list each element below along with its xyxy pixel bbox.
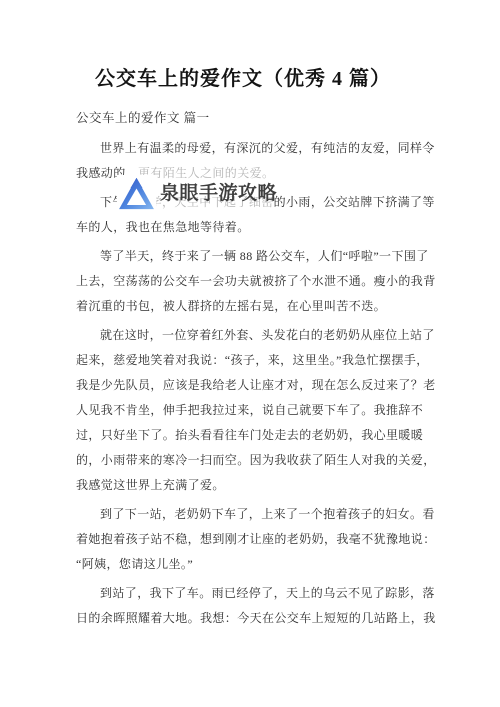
essay-text-segment: 的小雨，公交站牌下挤满了等 [274,195,435,209]
essay-text-segment: 世界上有温柔的母爱，有深沉的父爱，有纯洁的友爱，同样令 [100,141,435,155]
essay-text-segment: 着沉重的书包，被人群挤的左摇右晃，在心里叫苦不迭。 [76,299,386,313]
essay-line: 的，小雨带来的寒冷一扫而空。因为我收获了陌生人对我的关爱， [76,448,425,473]
essay-line: 到站了，我下了车。雨已经停了，天上的乌云不见了踪影，落 [76,581,425,606]
watermark-triangle-logo-icon [117,175,156,212]
essay-text-segment: 等了半天，终于来了一辆 88 路公交车，人们“呼啦”一下围了 [100,249,429,263]
essay-line: 车的人，我也在焦急地等待着。 [76,215,425,240]
essay-text-segment: 的，小雨带来的寒冷一扫而空。因为我收获了陌生人对我的关爱， [76,453,436,467]
essay-text-segment: 车的人，我也在焦急地等待着。 [76,220,250,234]
essay-line: 过，只好坐下了。抬头看看往车门处走去的老奶奶，我心里暖暖 [76,423,425,448]
essay-line: 日的余晖照耀着大地。我想：今天在公交车上短短的几站路上，我 [76,606,425,631]
essay-text-segment: 人见我不肯坐，伸手把我拉过来，说自己就要下车了。我推辞不 [76,403,423,417]
essay-section-heading: 公交车上的爱作文 篇一 [76,109,210,127]
essay-line: 我感觉这世界上充满了爱。 [76,473,425,498]
essay-text-segment: 过，只好坐下了。抬头看看往车门处走去的老奶奶，我心里暖暖 [76,428,423,442]
essay-line: 上去，空荡荡的公交车一会功夫就被挤了个水泄不通。瘦小的我背 [76,269,425,294]
essay-line: 起来，慈爱地笑着对我说：“孩子，来，这里坐。”我急忙摆摆手， [76,348,425,373]
document-page: 公交车上的爱作文（优秀 4 篇） 公交车上的爱作文 篇一 世界上有温柔的母爱，有… [0,0,500,707]
essay-paragraph: 就在这时，一位穿着红外套、头发花白的老奶奶从座位上站了起来，慈爱地笑着对我说：“… [76,323,425,498]
essay-text-segment: 着她抱着孩子站不稳，想到刚才让座的老奶奶，我毫不犹豫地说： [76,532,436,546]
essay-paragraph: 到了下一站，老奶奶下车了，上来了一个抱着孩子的妇女。看着她抱着孩子站不稳，想到刚… [76,502,425,577]
essay-text-segment: 我是少先队员，应该是我给老人让座才对，现在怎么反过来了？老 [76,378,436,392]
essay-text-segment: 到站了，我下了车。雨已经停了，天上的乌云不见了踪影，落 [100,586,435,600]
essay-text-segment: 日的余晖照耀着大地。我想：今天在公交车上短短的几站路上，我 [76,611,436,625]
essay-line: 到了下一站，老奶奶下车了，上来了一个抱着孩子的妇女。看 [76,502,425,527]
essay-line: 人见我不肯坐，伸手把我拉过来，说自己就要下车了。我推辞不 [76,398,425,423]
essay-line: 就在这时，一位穿着红外套、头发花白的老奶奶从座位上站了 [76,323,425,348]
essay-paragraph: 等了半天，终于来了一辆 88 路公交车，人们“呼啦”一下围了上去，空荡荡的公交车… [76,244,425,319]
essay-text-segment: 起来，慈爱地笑着对我说：“孩子，来，这里坐。”我急忙摆摆手， [76,353,429,367]
essay-line: 等了半天，终于来了一辆 88 路公交车，人们“呼啦”一下围了 [76,244,425,269]
essay-title: 公交车上的爱作文（优秀 4 篇） [0,64,486,94]
watermark-text: 泉眼手游攻略 [160,175,277,212]
essay-line: 我是少先队员，应该是我给老人让座才对，现在怎么反过来了？老 [76,373,425,398]
essay-text-segment: 上去，空荡荡的公交车一会功夫就被挤了个水泄不通。瘦小的我背 [76,274,436,288]
essay-text-segment: 就在这时，一位穿着红外套、头发花白的老奶奶从座位上站了 [100,328,435,342]
essay-line: “阿姨，您请这儿坐。” [76,552,425,577]
essay-text-segment: “阿姨，您请这儿坐。” [76,557,193,571]
essay-paragraph: 到站了，我下了车。雨已经停了，天上的乌云不见了踪影，落日的余晖照耀着大地。我想：… [76,581,425,631]
watermark: 泉眼手游攻略 [117,175,277,212]
essay-line: 着沉重的书包，被人群挤的左摇右晃，在心里叫苦不迭。 [76,294,425,319]
essay-line: 世界上有温柔的母爱，有深沉的父爱，有纯洁的友爱，同样令 [76,136,425,161]
essay-text-segment: 到了下一站，老奶奶下车了，上来了一个抱着孩子的妇女。看 [100,507,435,521]
essay-line: 着她抱着孩子站不稳，想到刚才让座的老奶奶，我毫不犹豫地说： [76,527,425,552]
essay-text-segment: 我感觉这世界上充满了爱。 [76,478,225,492]
